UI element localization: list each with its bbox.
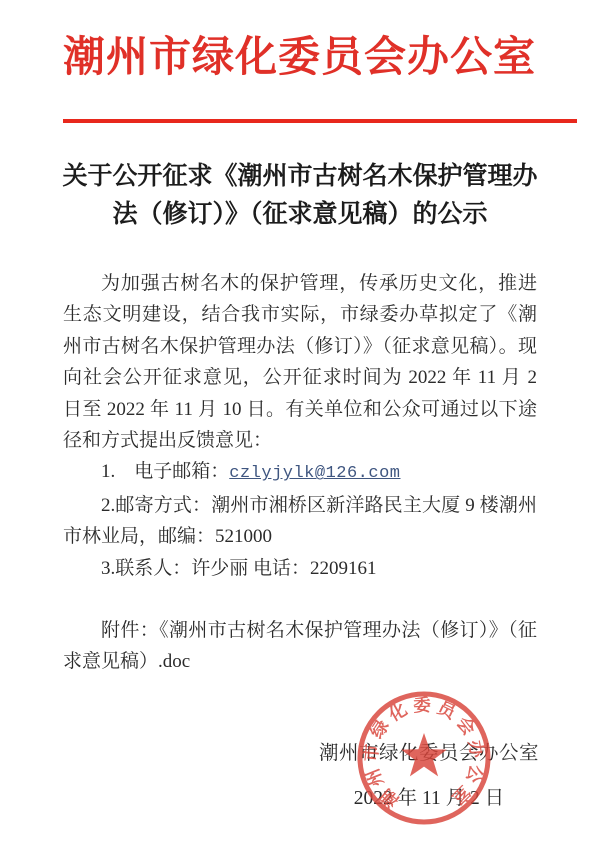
document-title-line-1: 关于公开征求《潮州市古树名木保护管理办: [62, 158, 538, 196]
email-link[interactable]: czlyjylk@126.com: [229, 464, 400, 483]
issuing-org-signature: 潮州市绿化委员会办公室: [319, 737, 539, 765]
document-footer: 潮州市绿化委员会办公室 2022 年 11 月 2 日: [319, 737, 539, 810]
intro-paragraph: 为加强古树名木的保护管理，传承历史文化，推进生态文明建设，结合我市实际，市绿委办…: [63, 268, 537, 456]
letterhead-divider-rule: [63, 119, 577, 123]
attachment-reference: 附件：《潮州市古树名木保护管理办法（修订）》（征求意见稿）.doc: [63, 615, 537, 678]
letterhead-org-name: 潮州市绿化委员会办公室: [0, 24, 599, 84]
feedback-item-email-label: 1. 电子邮箱：: [101, 461, 229, 482]
feedback-item-contact: 3.联系人：许少丽 电话：2209161: [63, 553, 537, 584]
feedback-item-email: 1. 电子邮箱：czlyjylk@126.com: [63, 456, 537, 489]
document-body: 为加强古树名木的保护管理，传承历史文化，推进生态文明建设，结合我市实际，市绿委办…: [63, 268, 537, 678]
document-title-line-2: 法（修订）》（征求意见稿）的公示: [62, 196, 538, 234]
feedback-item-mail-address: 2.邮寄方式：潮州市湘桥区新洋路民主大厦 9 楼潮州市林业局，邮编：521000: [63, 490, 537, 553]
scanned-notice-page: 潮州市绿化委员会办公室 关于公开征求《潮州市古树名木保护管理办 法（修订）》（征…: [0, 0, 599, 853]
document-title: 关于公开征求《潮州市古树名木保护管理办 法（修订）》（征求意见稿）的公示: [62, 158, 538, 234]
issue-date: 2022 年 11 月 2 日: [319, 782, 539, 810]
